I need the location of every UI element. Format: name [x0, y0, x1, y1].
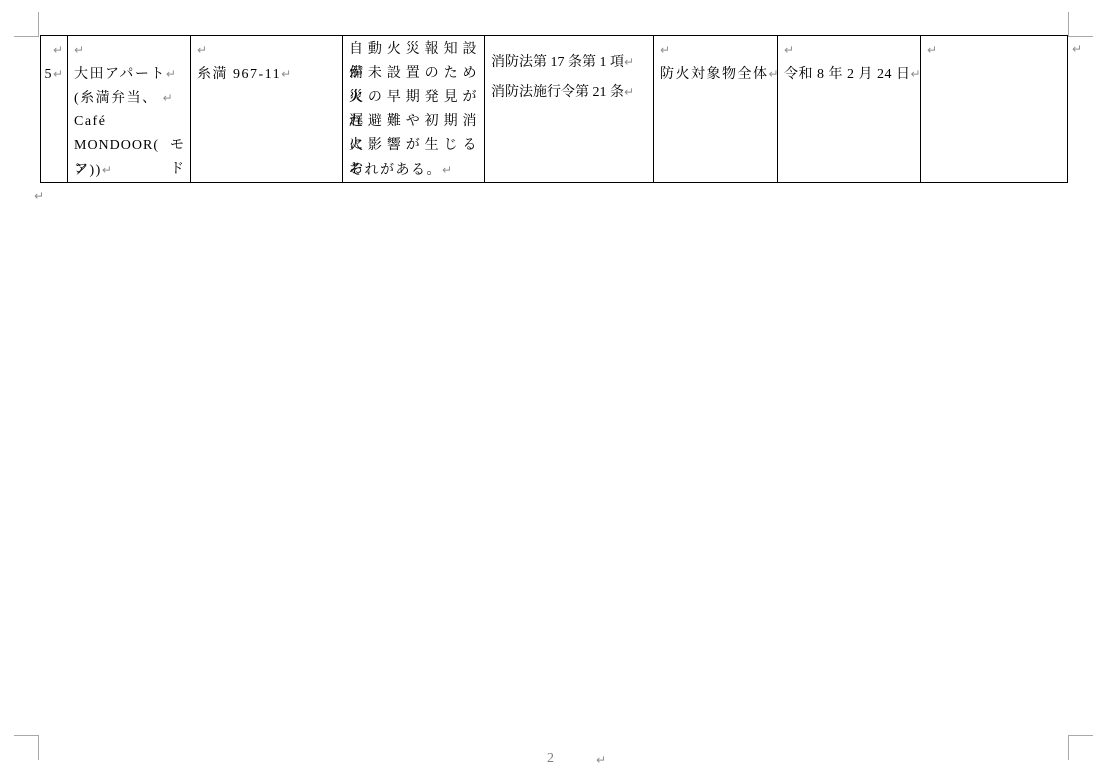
pilcrow-mark: ↵	[660, 43, 670, 57]
row-number: 5	[44, 67, 53, 82]
margin-crop-mark-top-left	[14, 12, 39, 37]
violation-line: が未設置のため火	[349, 62, 479, 86]
pilcrow-mark: ↵	[74, 43, 84, 57]
pilcrow-mark: ↵	[53, 67, 63, 81]
pilcrow-mark: ↵	[197, 43, 207, 57]
pilcrow-mark: ↵	[784, 43, 794, 57]
pilcrow-mark: ↵	[163, 91, 173, 105]
facility-name-line: MONDOOR(モンド	[74, 134, 185, 158]
pilcrow-mark: ↵	[927, 43, 937, 57]
legal-basis-line: 消防法施行令第 21 条	[491, 85, 624, 100]
pilcrow-mark: ↵	[166, 67, 176, 81]
after-table-paragraph-mark: ↵	[34, 189, 44, 203]
scope-text: 防火対象物全体	[660, 67, 769, 82]
violation-line: に影響が生じるお	[349, 134, 479, 158]
violation-line: それがある。	[349, 163, 442, 178]
facility-name-line: 大田アパート	[74, 67, 166, 82]
facility-name-line: Café	[74, 114, 106, 129]
cell-deadline-date[interactable]: ↵ 令和 8 年 2 月 24 日↵	[778, 36, 921, 182]
deadline-date-text: 令和 8 年 2 月 24 日	[784, 67, 911, 82]
pilcrow-mark: ↵	[911, 67, 921, 81]
pilcrow-mark: ↵	[102, 163, 112, 177]
cell-legal-basis[interactable]: 消防法第 17 条第 1 項↵ 消防法施行令第 21 条↵	[485, 36, 654, 182]
violation-line: 自動火災報知設備	[349, 38, 479, 62]
legal-basis-line: 消防法第 17 条第 1 項	[491, 55, 624, 70]
footer-paragraph-mark: ↵	[596, 753, 606, 767]
margin-crop-mark-top-right	[1068, 12, 1093, 37]
cell-scope[interactable]: ↵ 防火対象物全体↵	[654, 36, 778, 182]
violation-line: れ避難や初期消火	[349, 110, 479, 134]
cell-notes[interactable]: ↵	[921, 36, 1067, 182]
address-text: 糸満 967-11	[197, 67, 281, 82]
row-end-paragraph-mark: ↵	[1072, 42, 1082, 56]
violation-line: 災の早期発見が遅	[349, 86, 479, 110]
pilcrow-mark: ↵	[624, 85, 634, 99]
pilcrow-mark: ↵	[281, 67, 291, 81]
pilcrow-mark: ↵	[53, 43, 63, 57]
pilcrow-mark: ↵	[442, 163, 452, 177]
cell-violation-description[interactable]: 自動火災報知設備 が未設置のため火 災の早期発見が遅 れ避難や初期消火 に影響が…	[343, 36, 485, 182]
facility-name-line: ア))	[74, 163, 102, 178]
violations-table-row: ↵ 5↵ ↵ 大田アパート↵ (糸満弁当、 ↵ Café MONDOOR(モンド…	[40, 35, 1068, 183]
page-number: 2	[547, 751, 554, 766]
cell-row-number[interactable]: ↵ 5↵	[41, 36, 68, 182]
pilcrow-mark: ↵	[769, 67, 779, 81]
cell-facility-name[interactable]: ↵ 大田アパート↵ (糸満弁当、 ↵ Café MONDOOR(モンド ア))↵	[68, 36, 191, 182]
facility-name-line: (糸満弁当、	[74, 91, 158, 106]
page-footer[interactable]: 2	[0, 751, 1101, 767]
cell-address[interactable]: ↵ 糸満 967-11↵	[191, 36, 343, 182]
pilcrow-mark: ↵	[624, 55, 634, 69]
